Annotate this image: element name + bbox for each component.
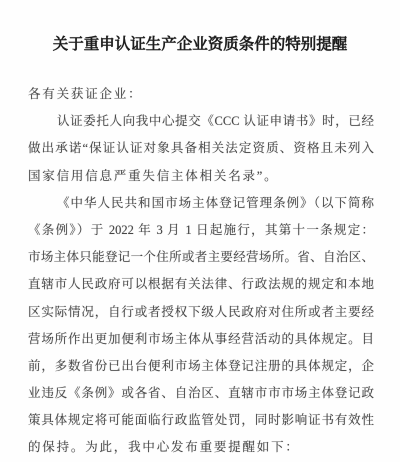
body-line: 业违反《条例》或各省、自治区、直辖市市市场主体登记政: [28, 380, 374, 407]
body-line: 做出承诺“保证认证对象具备相关法定资质、资格且未列入: [28, 135, 374, 162]
document-body: 各有关获证企业： 认证委托人向我中心提交《CCC 认证申请书》时，已经 做出承诺…: [0, 81, 400, 462]
salutation-line: 各有关获证企业：: [28, 81, 374, 108]
body-line: 营场所作出更加便利市场主体从事经营活动的具体规定。目: [28, 326, 374, 353]
body-line: 的保持。为此，我中心发布重要提醒如下：: [28, 434, 374, 461]
body-line: 国家信用信息严重失信主体相关名录”。: [28, 163, 374, 190]
body-line: 《条例》）于 2022 年 3 月 1 日起施行，其第十一条规定：: [28, 217, 374, 244]
body-line: 前，多数省份已出台便利市场主体登记注册的具体规定，企: [28, 353, 374, 380]
body-line: 策具体规定将可能面临行政监管处罚，同时影响证书有效性: [28, 407, 374, 434]
body-line: 市场主体只能登记一个住所或者主要经营场所。省、自治区、: [28, 244, 374, 271]
body-line: 直辖市人民政府可以根据有关法律、行政法规的规定和本地: [28, 271, 374, 298]
body-line: 认证委托人向我中心提交《CCC 认证申请书》时，已经: [28, 108, 374, 135]
body-line: 区实际情况，自行或者授权下级人民政府对住所或者主要经: [28, 299, 374, 326]
body-line: 《中华人民共和国市场主体登记管理条例》（以下简称: [28, 190, 374, 217]
document-page: 关于重申认证生产企业资质条件的特别提醒 各有关获证企业： 认证委托人向我中心提交…: [0, 0, 400, 462]
document-title: 关于重申认证生产企业资质条件的特别提醒: [0, 33, 400, 57]
